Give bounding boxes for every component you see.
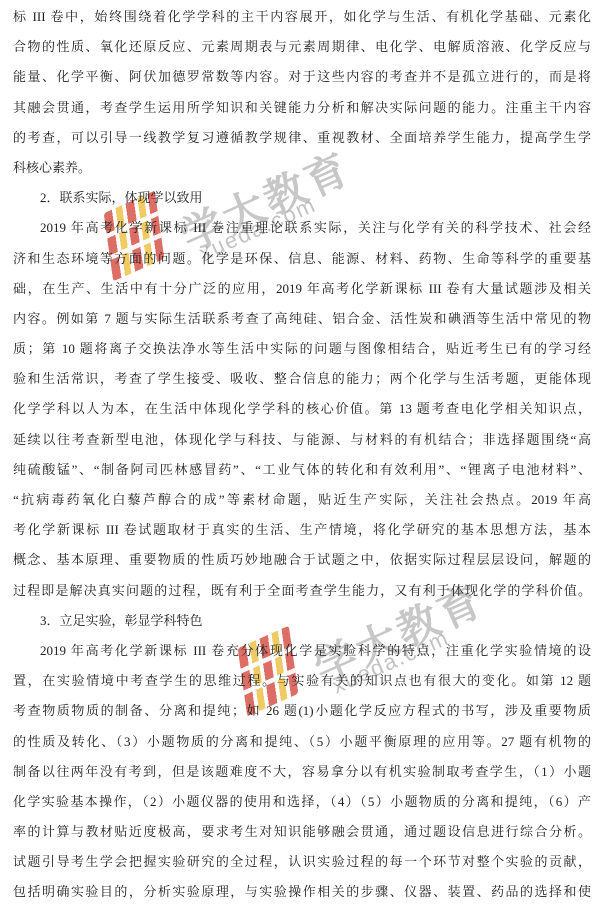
text-line: 化学实验基本操作，（2）小题仪器的使用和选择，（4）（5）小题物质的分离和提纯，… <box>13 787 591 817</box>
document-body: 标 III 卷中，始终围绕着化学学科的主干内容展开，如化学与生活、有机化学基础、… <box>0 0 600 908</box>
text-line: 纯硫酸锰”、“制备阿司匹林感冒药”、“工业气体的转化和有效利用”、“锂离子电池材… <box>13 455 591 485</box>
text-line: 包括明确实验目的，分析实验原理，与实验操作相关的步骤、仪器、装置、药品的选择和使 <box>13 877 591 907</box>
text-line: 的考查，可以引导一线教学复习遵循教学规律、重视教材、全面培养学生能力，提高学生学 <box>13 123 591 153</box>
text-line: 济和生态环境等方面的问题。化学是环保、信息、能源、材料、药物、生命等科学的重要基 <box>13 244 591 274</box>
text-line: 质；第 10 题将离子交换法净水等生活中实际的问题与图像相结合，贴近考生已有的学… <box>13 334 591 364</box>
text-line: 内容。例如第 7 题与实际生活联系考查了高纯硅、铝合金、活性炭和碘酒等生活中常见… <box>13 304 591 334</box>
text-line: 置，在实验情境中考查学生的思维过程。与实验有关的知识点也有很大的变化。如第 12… <box>13 666 591 696</box>
document-page: 学大教育 xueda.com 学大教育 xueda.com 标 III 卷中，始… <box>0 0 600 910</box>
text-line: 2019 年高考化学新课标 III 卷充分体现化学是实验科学的特点，注重化学实验… <box>13 636 591 666</box>
text-line: 考化学新课标 III 卷试题取材于真实的生活、生产情境，将化学研究的基本思想方法… <box>13 515 591 545</box>
text-line: 3．立足实验，彰显学科特色 <box>13 606 591 636</box>
text-line: 合物的性质、氧化还原反应、元素周期表与元素周期律、电化学、电解质溶液、化学反应与 <box>13 32 591 62</box>
text-line: 过程即是解决真实问题的过程，既有利于全面考查学生能力，又有利于体现化学的学科价值… <box>13 576 591 606</box>
text-line: 验和生活常识，考查了学生接受、吸收、整合信息的能力；两个化学与生活考题，更能体现 <box>13 364 591 394</box>
text-line: 标 III 卷中，始终围绕着化学学科的主干内容展开，如化学与生活、有机化学基础、… <box>13 2 591 32</box>
text-line: 2019 年高考化学新课标 III 卷注重理论联系实际，关注与化学有关的科学技术… <box>13 213 591 243</box>
text-line: 制备以往两年没有考到，但是该题难度不大，容易拿分以有机实验制取考查学生，（1）小… <box>13 757 591 787</box>
text-line: 率的计算与教材贴近度极高，要求考生对知识能够融会贯通，通过题设信息进行综合分析。 <box>13 817 591 847</box>
text-line: 其融会贯通，考查学生运用所学知识和关键能力分析和解决实际问题的能力。注重主干内容 <box>13 93 591 123</box>
text-line: 科核心素养。 <box>13 153 591 183</box>
text-line: 概念、基本原理、重要物质的性质巧妙地融合于试题之中，依据实际过程层层设问，解题的 <box>13 545 591 575</box>
text-line: 试题引导考生学会把握实验研究的全过程，认识实验过程的每一个环节对整个实验的贡献， <box>13 847 591 877</box>
text-line: “抗病毒药氧化白藜芦醇合的成”等素材命题，贴近生产实际，关注社会热点。2019 … <box>13 485 591 515</box>
text-line: 考查物质物质的制备、分离和提纯；如 26 题(1)小题化学反应方程式的书写，涉及… <box>13 696 591 726</box>
text-line: 能量、化学平衡、阿伏加德罗常数等内容。对于这些内容的考查并不是孤立进行的，而是将 <box>13 62 591 92</box>
text-line: 2．联系实际，体现学以致用 <box>13 183 591 213</box>
text-line: 的性质及转化、（3）小题物质的分离和提纯、（5）小题平衡原理的应用等。27 题有… <box>13 727 591 757</box>
text-line: 化学学科以人为本，在生活中体现化学学科的核心价值。第 13 题考查电化学相关知识… <box>13 394 591 424</box>
text-line: 延续以往考查新型电池，体现化学与科技、与能源、与材料的有机结合；非选择题围绕“高 <box>13 425 591 455</box>
text-line: 础，在生产、生活中有十分广泛的应用，2019 年高考化学新课标 III 卷有大量… <box>13 274 591 304</box>
